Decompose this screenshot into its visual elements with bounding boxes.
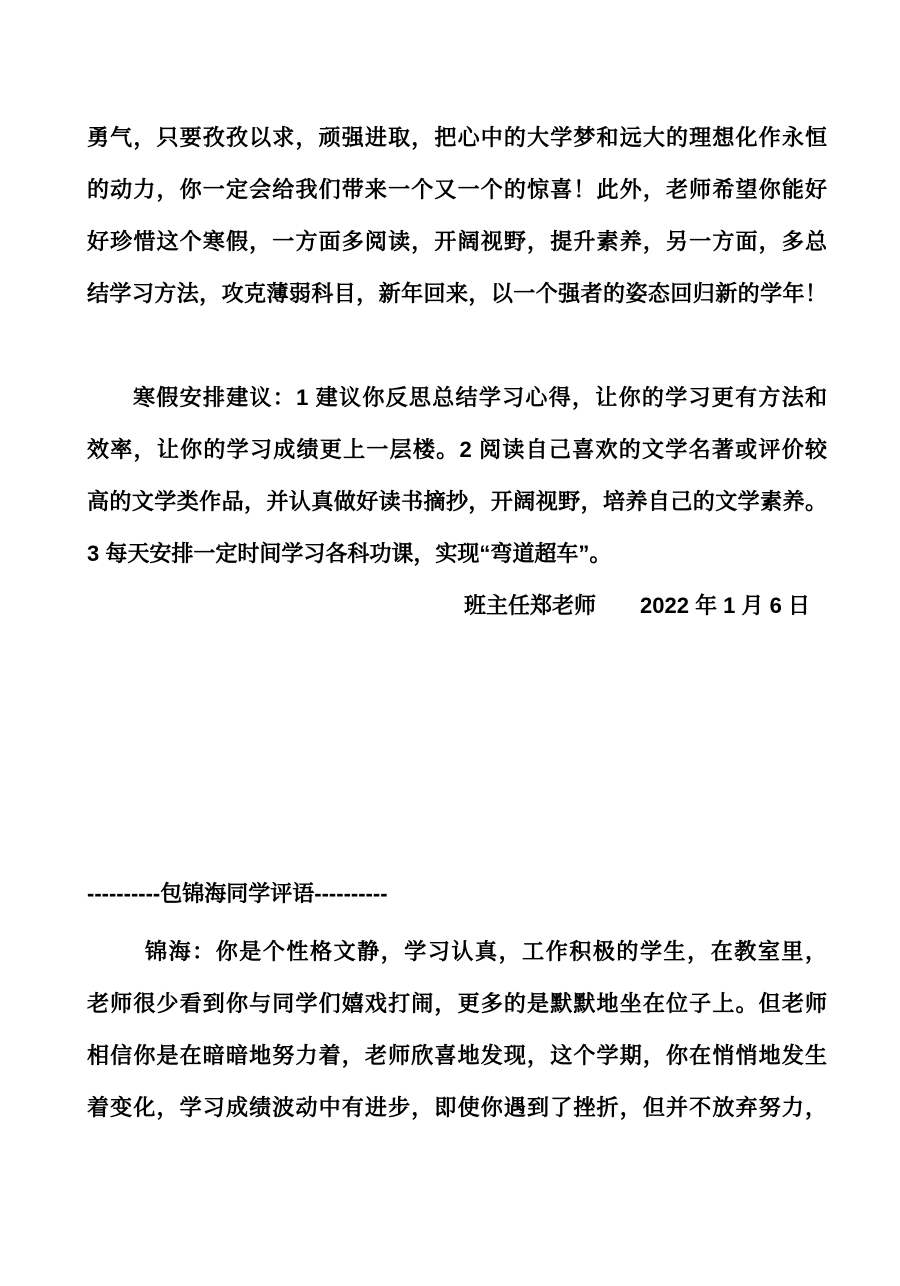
signature-line: 班主任郑老师 2022 年 1 月 6 日	[87, 580, 827, 632]
student-comment-paragraph: 锦海：你是个性格文静，学习认真，工作积极的学生，在教室里，老师很少看到你与同学们…	[87, 926, 827, 1134]
teacher-message-paragraph: 勇气，只要孜孜以求，顽强进取，把心中的大学梦和远大的理想化作永恒的动力，你一定会…	[87, 112, 827, 320]
student-comment-separator: ----------包锦海同学评语----------	[87, 868, 827, 920]
document-page: 勇气，只要孜孜以求，顽强进取，把心中的大学梦和远大的理想化作永恒的动力，你一定会…	[0, 0, 900, 1286]
holiday-advice-paragraph: 寒假安排建议：1 建议你反思总结学习心得，让你的学习更有方法和效率，让你的学习成…	[87, 372, 827, 580]
